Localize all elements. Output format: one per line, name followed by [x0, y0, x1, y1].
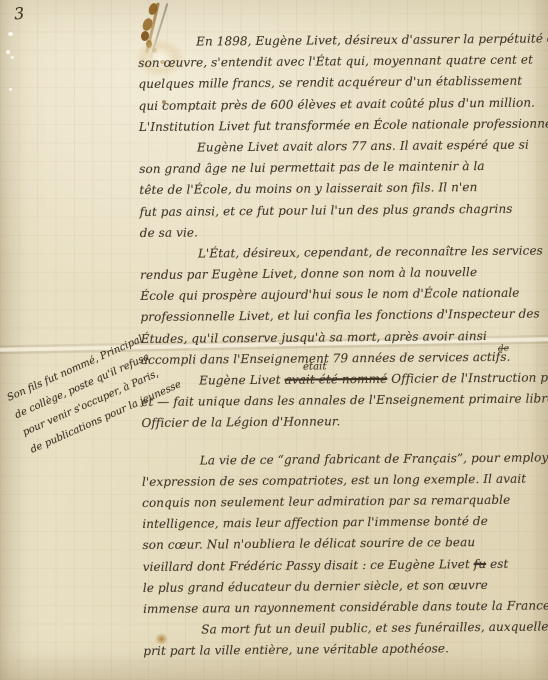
manuscript-segment: vieillard dont Frédéric Passy disait : c… [143, 557, 474, 574]
manuscript-page: 3 Son fils fut nommé, Principal de collè… [0, 0, 548, 680]
paper-damage-speck [9, 88, 12, 91]
manuscript-line: intelligence, mais leur affection par l'… [142, 511, 548, 536]
paper-damage-speck [8, 32, 13, 36]
struck-text: avait été nomméétait [285, 372, 388, 387]
manuscript-segment: Eugène Livet [199, 373, 285, 388]
paper-damage-speck [6, 50, 10, 54]
manuscript-line: prit part la ville entière, une véritabl… [143, 638, 548, 663]
manuscript-line: Eugène Livet avait alors 77 ans. Il avai… [139, 134, 548, 159]
manuscript-line: vieillard dont Frédéric Passy disait : c… [143, 553, 548, 578]
manuscript-segment: est [486, 556, 508, 570]
page-number: 3 [13, 4, 25, 24]
struck-text: fu [474, 556, 486, 570]
paper-damage-speck [11, 56, 14, 59]
manuscript-line: fut pas ainsi, et ce fut pour lui l'un d… [139, 198, 548, 223]
manuscript-line: quelques mille francs, se rendit acquére… [138, 71, 548, 96]
manuscript-text: En 1898, Eugène Livet, désireux d'assure… [138, 28, 548, 662]
manuscript-line: L'État, désireux, cependant, de reconnaî… [140, 240, 548, 265]
manuscript-line: Sa mort fut un deuil public, et ses funé… [143, 616, 548, 641]
inserted-word: était [303, 362, 327, 372]
manuscript-line: et — fait unique dans les annales de l'E… [141, 389, 548, 414]
manuscript-line: professionnelle Livet, et lui confia les… [140, 304, 548, 329]
manuscript-segment: Officier de l'Instruction publique [387, 370, 548, 386]
